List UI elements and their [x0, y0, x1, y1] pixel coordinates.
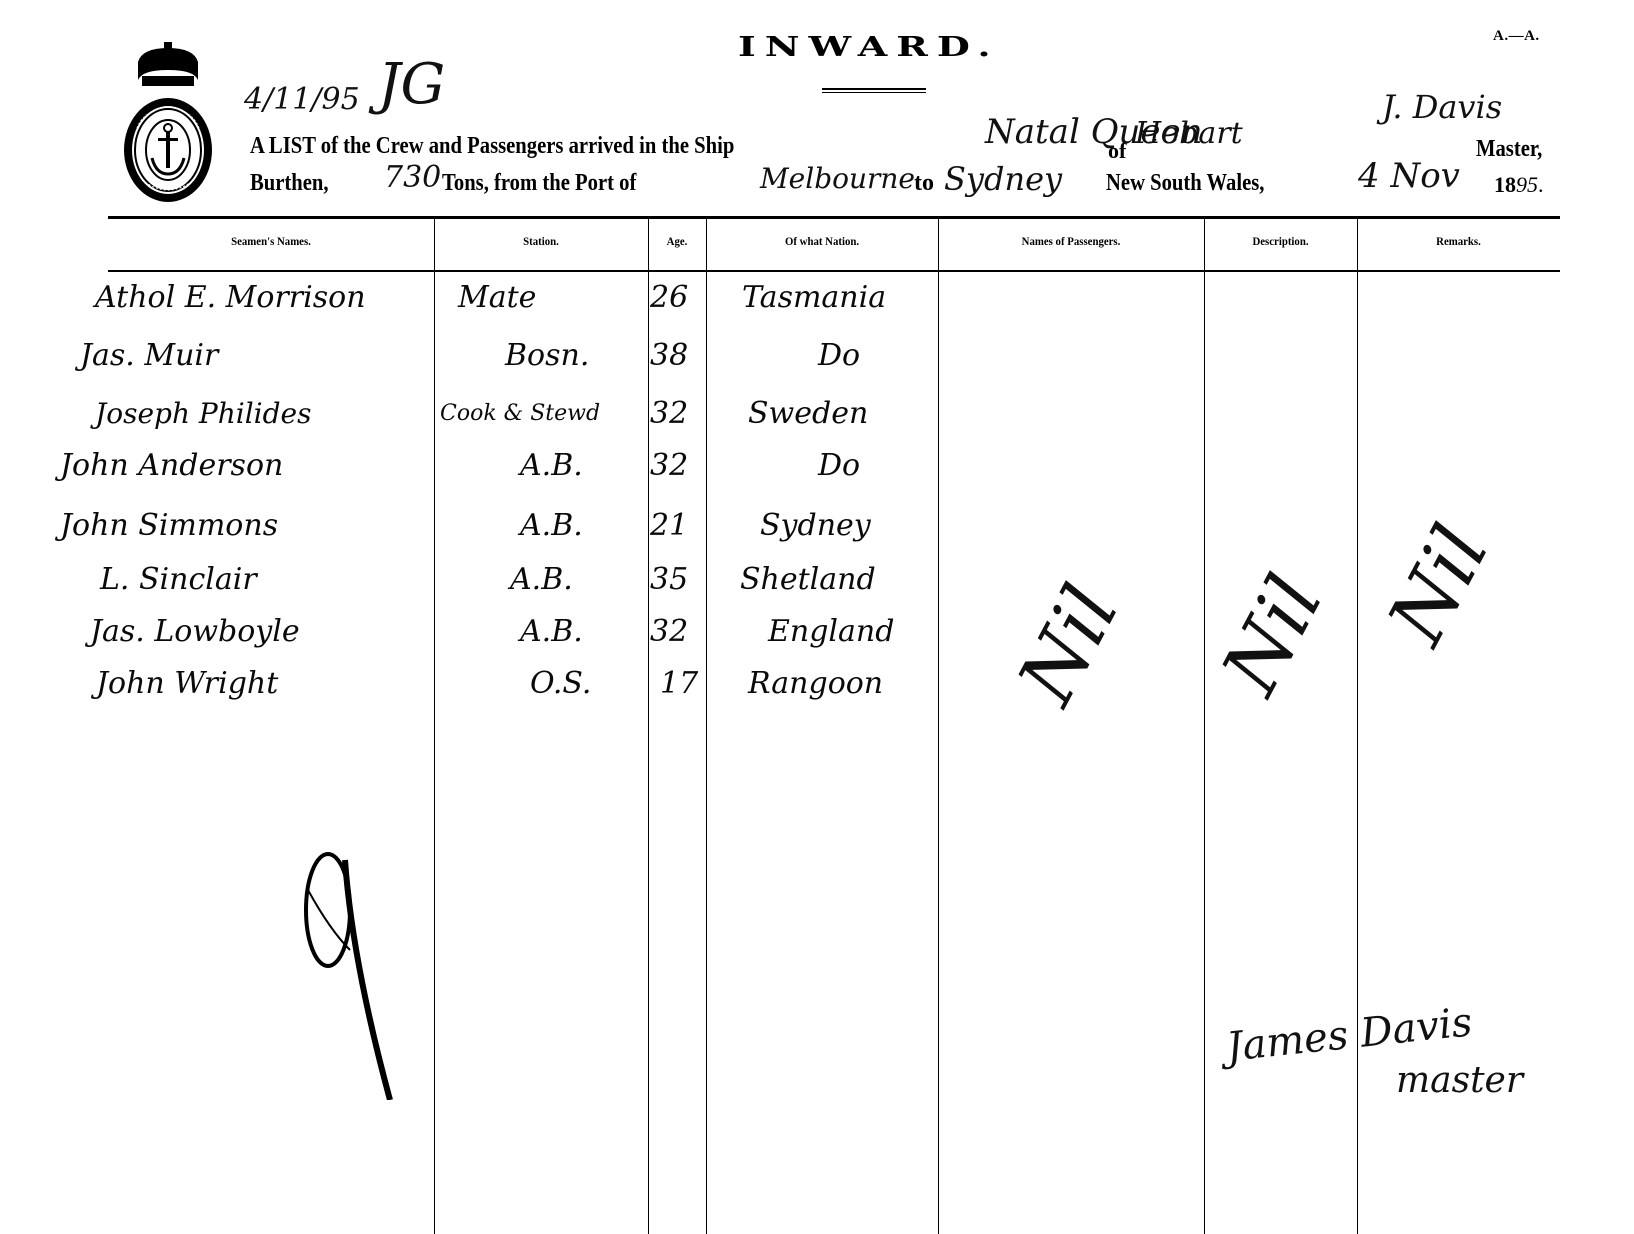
manifest-line-2: Burthen, — [250, 170, 329, 197]
home-port: Hobart — [1135, 116, 1243, 151]
year-field: 1895. — [1494, 172, 1544, 198]
table-row: John Simmons A.B. 21 Sydney — [0, 506, 1634, 556]
seaman-age: 32 — [650, 446, 688, 486]
seaman-age: 17 — [660, 664, 698, 704]
column-header-station: Station. — [445, 234, 638, 249]
table-top-rule — [108, 216, 1560, 219]
seaman-nation: Sweden — [748, 394, 868, 434]
column-header-nation: Of what Nation. — [718, 234, 927, 249]
table-row: John Wright O.S. 17 Rangoon — [0, 664, 1634, 714]
arrival-date: 4 Nov — [1358, 156, 1460, 196]
column-header-age: Age. — [651, 234, 703, 249]
clerk-date-note: 4/11/95 — [244, 82, 360, 117]
page-title: INWARD. — [738, 30, 1000, 62]
burthen-label: Burthen, — [250, 170, 329, 196]
to-label: to — [914, 170, 934, 197]
seaman-nation: Do — [818, 446, 860, 486]
seaman-station: O.S. — [530, 664, 591, 704]
column-header-passengers: Names of Passengers. — [951, 234, 1190, 249]
master-signature-title: master — [1396, 1060, 1523, 1101]
year-end: . — [1538, 172, 1544, 197]
clerk-initials: JG — [378, 52, 445, 117]
seaman-nation: Shetland — [740, 560, 876, 600]
margin-mark-icon — [290, 850, 410, 1100]
seaman-name: Athol E. Morrison — [95, 278, 366, 318]
seaman-age: 38 — [650, 336, 688, 376]
seaman-station: Mate — [458, 278, 536, 318]
column-header-description: Description. — [1212, 234, 1350, 249]
destination-label: New South Wales, — [1106, 170, 1264, 197]
table-row: Athol E. Morrison Mate 26 Tasmania — [0, 278, 1634, 328]
seaman-name: John Simmons — [60, 506, 278, 546]
column-header-seamens-names: Seamen's Names. — [124, 234, 417, 249]
seaman-station: A.B. — [520, 506, 583, 546]
seaman-age: 35 — [650, 560, 688, 600]
manifest-line-1-prefix: A LIST of the Crew and Passengers arrive… — [250, 133, 734, 159]
to-port: Sydney — [944, 160, 1062, 198]
seaman-nation: Sydney — [760, 506, 871, 546]
seaman-nation: Tasmania — [742, 278, 886, 318]
master-label: Master, — [1476, 136, 1542, 163]
manifest-line-1: A LIST of the Crew and Passengers arrive… — [250, 133, 734, 160]
seaman-age: 21 — [650, 506, 688, 546]
title-underline — [822, 88, 926, 93]
master-name: J. Davis — [1382, 88, 1502, 126]
shipping-masters-department-crest-icon — [120, 40, 216, 204]
column-header-remarks: Remarks. — [1367, 234, 1550, 249]
seaman-name: Jas. Muir — [80, 336, 218, 376]
seaman-age: 32 — [650, 394, 688, 434]
seaman-name: John Anderson — [60, 446, 283, 486]
seaman-station: Cook & Stewd — [440, 394, 600, 434]
table-row: John Anderson A.B. 32 Do — [0, 446, 1634, 496]
seaman-station: A.B. — [510, 560, 573, 600]
form-code: A.—A. — [1493, 28, 1540, 45]
seaman-name: John Wright — [96, 664, 278, 704]
seaman-name: Jas. Lowboyle — [90, 612, 300, 652]
seaman-nation: Do — [818, 336, 860, 376]
table-row: Joseph Philides Cook & Stewd 32 Sweden — [0, 394, 1634, 444]
of-label: of — [1108, 138, 1126, 164]
seaman-name: Joseph Philides — [95, 394, 311, 434]
year-prefix: 18 — [1494, 172, 1516, 197]
year-suffix: 95 — [1516, 172, 1538, 197]
seaman-nation: England — [768, 612, 894, 652]
seaman-station: Bosn. — [505, 336, 589, 376]
seaman-age: 26 — [650, 278, 688, 318]
seaman-age: 32 — [650, 612, 688, 652]
seaman-nation: Rangoon — [748, 664, 883, 704]
tonnage-value: 730 — [384, 160, 441, 195]
seaman-name: L. Sinclair — [100, 560, 257, 600]
tons-label: Tons, from the Port of — [442, 170, 636, 197]
seaman-station: A.B. — [520, 446, 583, 486]
seaman-station: A.B. — [520, 612, 583, 652]
from-port: Melbourne — [760, 162, 915, 195]
table-row: Jas. Muir Bosn. 38 Do — [0, 336, 1634, 386]
table-header-rule — [108, 270, 1560, 272]
